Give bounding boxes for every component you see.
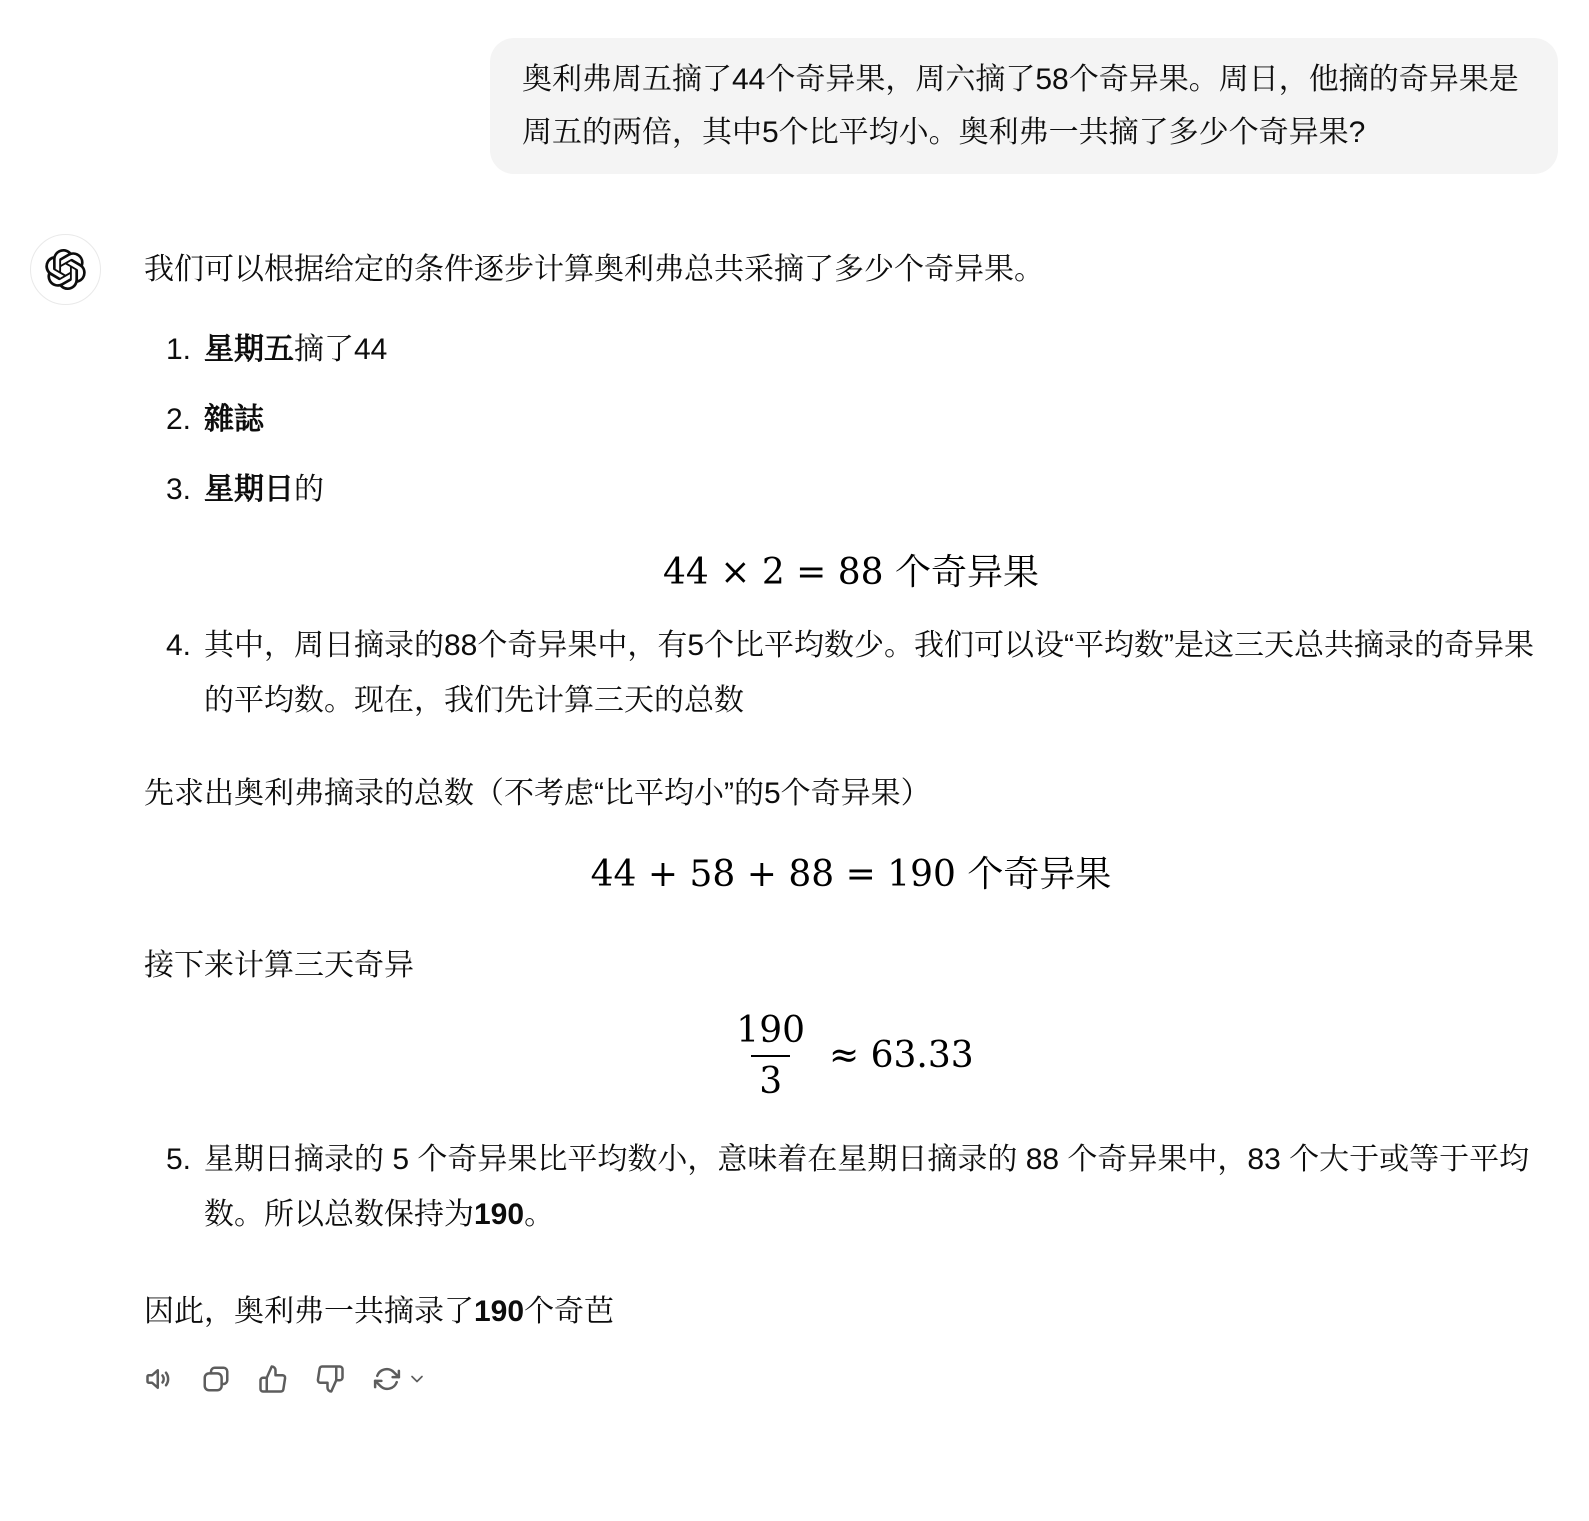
list-marker: 5. bbox=[144, 1132, 204, 1242]
step1-text: 摘了44 bbox=[294, 333, 387, 366]
fraction: 190 3 bbox=[728, 1008, 813, 1104]
list-item-4: 4. 其中，周日摘录的88个奇异果中，有5个比平均数少。我们可以设“平均数”是这… bbox=[144, 618, 1558, 728]
conclusion-bold: 190 bbox=[474, 1295, 524, 1328]
list-marker: 1. bbox=[144, 324, 204, 376]
math-formula-multiply: 44 × 2 = 88 个奇异果 bbox=[144, 548, 1558, 598]
step5-post: 。 bbox=[524, 1198, 554, 1231]
regenerate-icon bbox=[372, 1364, 402, 1394]
step5-bold: 190 bbox=[474, 1198, 524, 1231]
list-marker: 4. bbox=[144, 618, 204, 728]
user-message-bubble: 奥利弗周五摘了44个奇异果，周六摘了58个奇异果。周日，他摘的奇异果是周五的两倍… bbox=[490, 38, 1558, 174]
step4-text: 其中，周日摘录的88个奇异果中，有5个比平均数少。我们可以设“平均数”是这三天总… bbox=[204, 618, 1558, 728]
chevron-down-icon bbox=[402, 1369, 427, 1389]
list-item-3: 3. 星期日的 bbox=[144, 464, 1558, 516]
conclusion-post: 个奇芭 bbox=[524, 1295, 614, 1328]
list-marker: 3. bbox=[144, 464, 204, 516]
paragraph-next: 接下来计算三天奇异 bbox=[144, 940, 1558, 992]
steps-list: 1. 星期五摘了44 2. 雜誌 3. 星期日的 bbox=[144, 324, 1558, 516]
thumbs-down-button[interactable] bbox=[315, 1364, 345, 1394]
list-item-5: 5. 星期日摘录的 5 个奇异果比平均数小，意味着在星期日摘录的 88 个奇异果… bbox=[144, 1132, 1558, 1242]
thumbs-up-icon bbox=[258, 1364, 288, 1394]
step5-text: 星期日摘录的 5 个奇异果比平均数小，意味着在星期日摘录的 88 个奇异果中，8… bbox=[204, 1143, 1529, 1231]
conclusion-text: 因此，奥利弗一共摘录了 bbox=[144, 1295, 474, 1328]
regenerate-button[interactable] bbox=[372, 1364, 427, 1394]
list-marker: 2. bbox=[144, 394, 204, 446]
step3-text: 的 bbox=[294, 473, 324, 506]
read-aloud-icon bbox=[144, 1364, 174, 1394]
math-formula-fraction: 190 3 ≈ 63.33 bbox=[144, 1008, 1558, 1104]
list-item-2: 2. 雜誌 bbox=[144, 394, 1558, 446]
assistant-avatar bbox=[30, 234, 101, 305]
copy-button[interactable] bbox=[201, 1364, 231, 1394]
chat-page: 奥利弗周五摘了44个奇异果，周六摘了58个奇异果。周日，他摘的奇异果是周五的两倍… bbox=[0, 0, 1589, 1394]
assistant-intro: 我们可以根据给定的条件逐步计算奥利弗总共采摘了多少个奇异果。 bbox=[144, 244, 1558, 296]
read-aloud-button[interactable] bbox=[144, 1364, 174, 1394]
fraction-numerator: 190 bbox=[728, 1008, 813, 1053]
openai-logo-icon bbox=[45, 249, 86, 290]
assistant-message-row: 我们可以根据给定的条件逐步计算奥利弗总共采摘了多少个奇异果。 1. 星期五摘了4… bbox=[30, 234, 1558, 1394]
thumbs-down-icon bbox=[315, 1364, 345, 1394]
step3-bold: 星期日 bbox=[204, 473, 294, 506]
math-formula-sum: 44 + 58 + 88 = 190 个奇异果 bbox=[144, 850, 1558, 900]
message-toolbar bbox=[144, 1364, 1558, 1394]
user-message-row: 奥利弗周五摘了44个奇异果，周六摘了58个奇异果。周日，他摘的奇异果是周五的两倍… bbox=[30, 38, 1558, 174]
thumbs-up-button[interactable] bbox=[258, 1364, 288, 1394]
copy-icon bbox=[201, 1364, 231, 1394]
fraction-denominator: 3 bbox=[751, 1055, 790, 1104]
step2-bold: 雜誌 bbox=[204, 403, 264, 436]
step1-bold: 星期五 bbox=[204, 333, 294, 366]
fraction-result: ≈ 63.33 bbox=[829, 1031, 974, 1081]
paragraph-total: 先求出奥利弗摘录的总数（不考虑“比平均小”的5个奇异果） bbox=[144, 768, 1558, 820]
user-message-text: 奥利弗周五摘了44个奇异果，周六摘了58个奇异果。周日，他摘的奇异果是周五的两倍… bbox=[522, 63, 1519, 149]
conclusion: 因此，奥利弗一共摘录了190个奇芭 bbox=[144, 1286, 1558, 1338]
assistant-message-content: 我们可以根据给定的条件逐步计算奥利弗总共采摘了多少个奇异果。 1. 星期五摘了4… bbox=[144, 234, 1558, 1394]
list-item-1: 1. 星期五摘了44 bbox=[144, 324, 1558, 376]
